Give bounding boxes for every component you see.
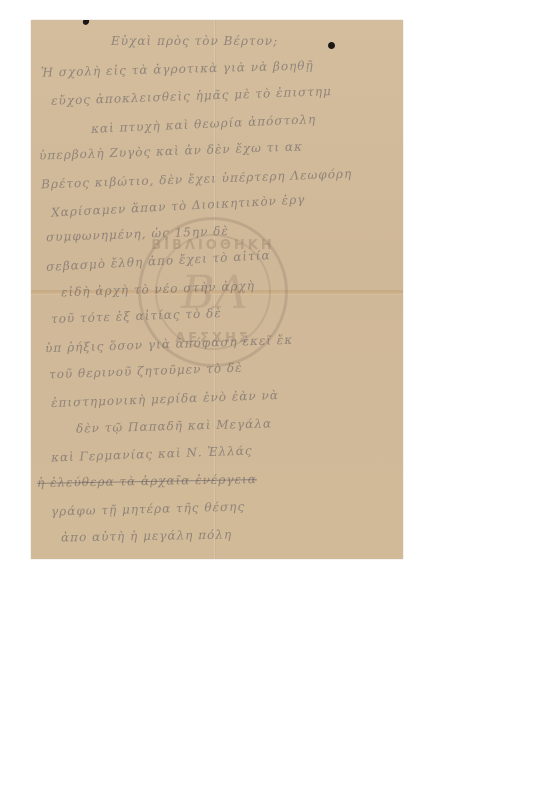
handwritten-line: ὑπερβολὴ Ζυγὸς καὶ ἀν δὲν ἔχω τι ακ (39, 139, 303, 162)
handwritten-line: τοῦ θερινοῦ ζητοῦμεν τὸ δὲ (49, 361, 243, 382)
handwritten-line: καὶ Γερμανίας καὶ Ν. Ἑλλάς (51, 443, 253, 464)
handwritten-text-block: Εὐχαὶ πρὸς τὸν Βέρτον;Ἡ σχολὴ εἰς τὰ ἀγρ… (31, 20, 403, 559)
handwritten-line: δὲν τῷ Παπαδῆ καὶ Μεγάλα (76, 416, 272, 435)
handwritten-line: Ἡ σχολὴ εἰς τὰ ἀγροτικὰ γιὰ νὰ βοηθῇ (41, 58, 314, 79)
handwritten-line: εὔχος ἀποκλεισθεὶς ἡμᾶς μὲ τὸ ἐπιστημ (51, 84, 332, 108)
handwritten-line: τοῦ τότε ἐξ αἰτίας τὸ δὲ (51, 306, 222, 326)
handwritten-line: γράφω τῇ μητέρα τῆς θέσης (51, 499, 245, 518)
handwritten-line: ἀπο αὐτὴ ἡ μεγάλη πόλη (61, 528, 232, 545)
handwritten-line: Βρέτος κιβώτιο, δὲν ἔχει ὑπέρτερη Λεωφόρ… (41, 166, 353, 191)
handwritten-line: εἰδὴ ἀρχὴ τὸ νέο στὴν ἀρχὴ (61, 278, 255, 299)
handwritten-line: συμφωνημένη, ὡς 15ην δὲ (46, 223, 229, 243)
handwritten-line: ἡ ἐλεύθερα τὰ ἀρχαῖα ἐνέργεια (37, 472, 257, 490)
handwritten-line: Χαρίσαμεν ἅπαν τὸ Διοικητικὸν ἐργ (51, 192, 306, 219)
handwritten-line: Εὐχαὶ πρὸς τὸν Βέρτον; (111, 34, 278, 48)
handwritten-line: ἐπιστημονικὴ μερίδα ἐνὸ ἐὰν νὰ (51, 388, 279, 410)
letter-page: ΒΙΒΛΙΟΘΗΚΗ ΒΛ ΛΕΣΧΗΣ Εὐχαὶ πρὸς τὸν Βέρτ… (31, 20, 403, 559)
handwritten-line: καὶ πτυχὴ καὶ θεωρία ἀπόστολη (91, 112, 317, 136)
handwritten-line: ὑπ ῥήξις ὅσον γιὰ ἀπόφαση ἐκεῖ ἔκ (45, 332, 293, 355)
handwritten-line: σεβασμὸ ἔλθη ἀπο ἔχει τὸ αἰτία (46, 248, 271, 274)
